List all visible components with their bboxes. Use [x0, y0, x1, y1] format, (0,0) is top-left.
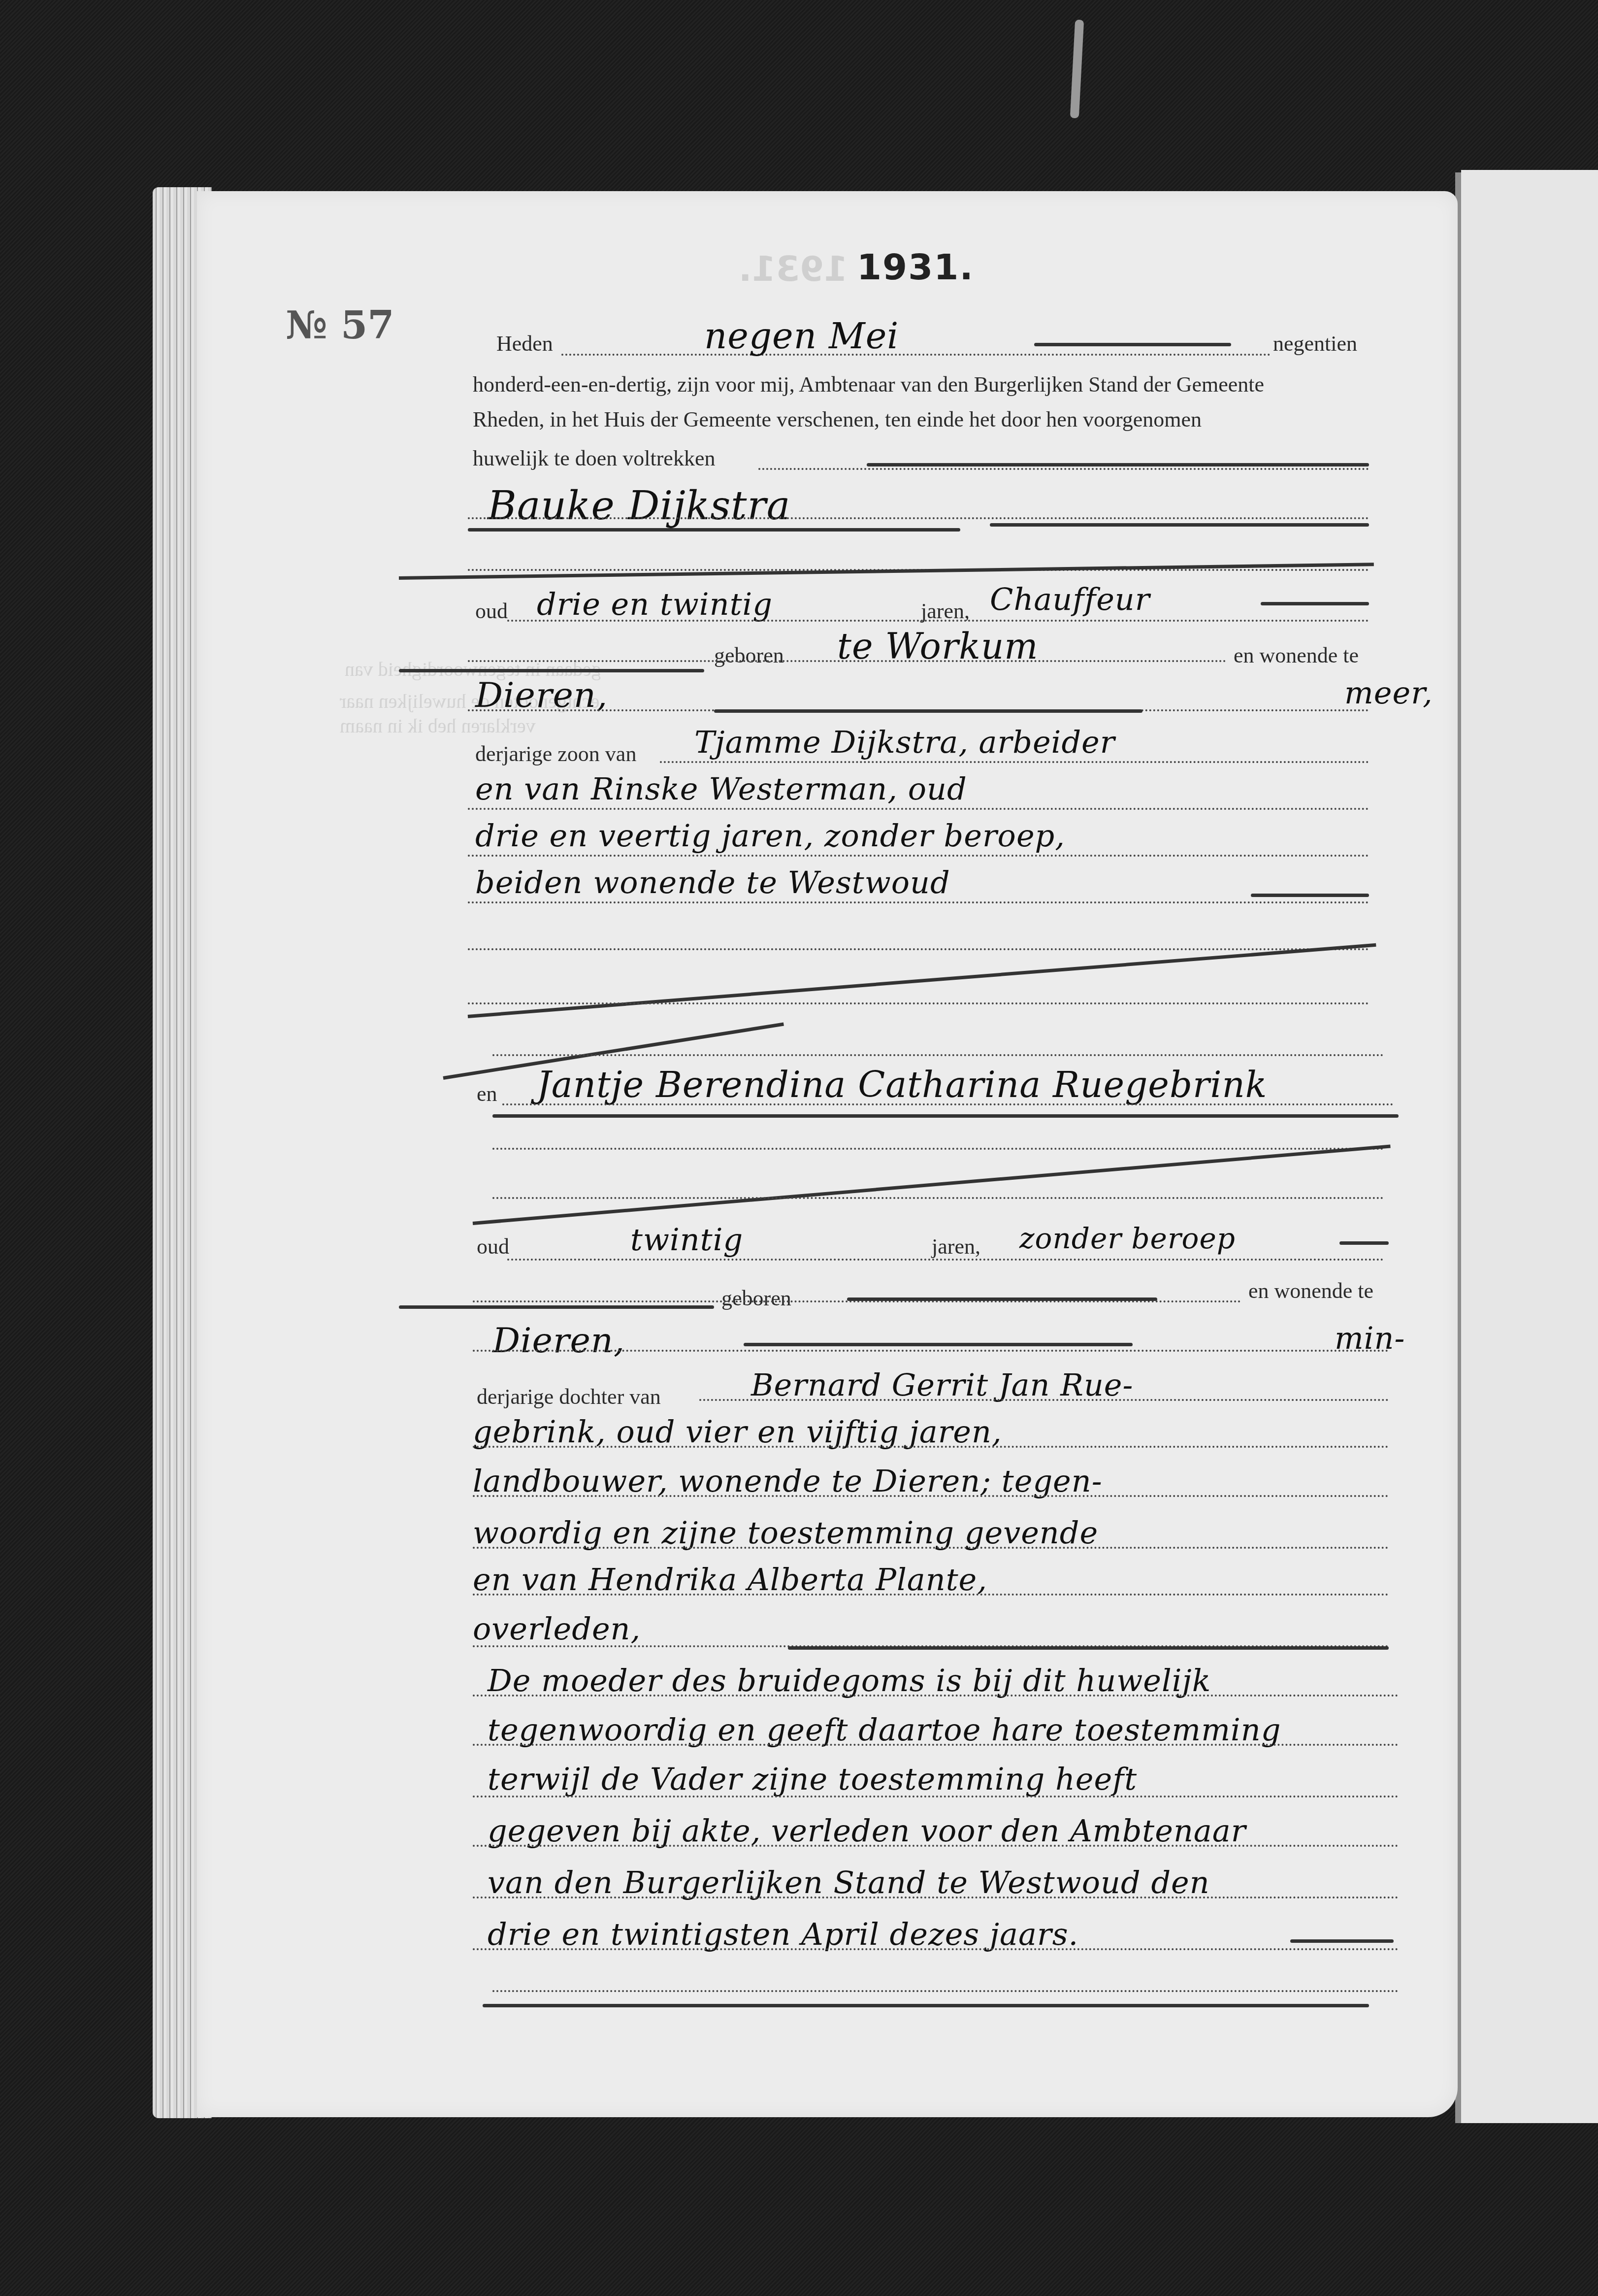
- fill-line: [758, 468, 1369, 470]
- fill-line: [492, 1990, 1399, 1992]
- strike-filler: [714, 709, 1142, 713]
- record-number: № 57: [286, 303, 394, 348]
- bride-en-label: en: [477, 1081, 497, 1106]
- groom-mother: en van Rinske Westerman, oud: [475, 771, 967, 807]
- annotation-line: De moeder des bruidegoms is bij dit huwe…: [488, 1663, 1211, 1698]
- groom-occupation: Chauffeur: [990, 581, 1150, 617]
- groom-age: drie en twintig: [537, 586, 773, 622]
- fill-line: [468, 808, 1369, 810]
- strike-filler: [1251, 894, 1369, 897]
- marriage-date: negen Mei: [704, 315, 899, 357]
- heden-label: Heden: [496, 331, 553, 356]
- fill-line: [507, 620, 1369, 622]
- closing-rule: [483, 2004, 1369, 2007]
- fill-line: [473, 1594, 1389, 1596]
- page-year: 1931.: [857, 246, 974, 288]
- fill-line: [492, 1054, 1384, 1056]
- groom-geboren-label: geboren: [714, 643, 784, 668]
- fill-line: [468, 1002, 1369, 1004]
- annotation-line: drie en twintigsten April dezes jaars.: [488, 1916, 1078, 1952]
- fill-line: [473, 1897, 1399, 1898]
- fill-line: [492, 1197, 1384, 1199]
- groom-parents-residence: beiden wonende te Westwoud: [475, 865, 950, 900]
- bride-age: twintig: [630, 1222, 743, 1258]
- bride-father-line-3: landbouwer, wonende te Dieren; tegen-: [473, 1463, 1103, 1499]
- strike-filler: [399, 1305, 714, 1309]
- fill-line: [507, 1259, 1384, 1261]
- bride-father-line-4: woordig en zijne toestemming gevende: [473, 1515, 1098, 1551]
- bride-geboren-label: geboren: [721, 1286, 791, 1311]
- strike-filler: [744, 1343, 1133, 1346]
- groom-father: Tjamme Dijkstra, arbeider: [694, 724, 1115, 760]
- strike-filler: [1339, 1241, 1389, 1245]
- strike-filler: [399, 669, 704, 672]
- bride-father-line-2: gebrink, oud vier en vijftig jaren,: [473, 1414, 1002, 1450]
- preamble-line-3: Rheden, in het Huis der Gemeente versche…: [473, 407, 1202, 432]
- facing-page: [1461, 170, 1598, 2123]
- fill-line: [473, 1350, 1389, 1352]
- bride-wonende-label: en wonende te: [1248, 1278, 1373, 1303]
- bride-mother-status: overleden,: [473, 1611, 641, 1647]
- fill-line: [473, 1845, 1399, 1847]
- bleed-through-text: verklaren heb ik in naam: [340, 714, 536, 737]
- bride-mother: en van Hendrika Alberta Plante,: [473, 1562, 987, 1597]
- groom-parent-label: derjarige zoon van: [475, 741, 636, 766]
- fill-line: [473, 1744, 1399, 1746]
- annotation-line: terwijl de Vader zijne toestemming heeft: [488, 1761, 1137, 1797]
- bride-name: Jantje Berendina Catharina Ruegebrink: [537, 1064, 1267, 1105]
- groom-majority: meer,: [1344, 675, 1433, 711]
- fill-line: [468, 517, 1369, 519]
- annotation-line: van den Burgerlijken Stand te Westwoud d…: [488, 1864, 1210, 1900]
- fill-line: [492, 1148, 1384, 1150]
- strike-filler: [1261, 602, 1369, 605]
- fill-line: [468, 660, 1226, 662]
- fill-line: [468, 855, 1369, 857]
- groom-oud-label: oud: [475, 599, 508, 624]
- scanner-artifact: [1070, 20, 1084, 119]
- bride-oud-label: oud: [477, 1234, 509, 1259]
- fill-line: [473, 1948, 1399, 1950]
- bride-parent-label: derjarige dochter van: [477, 1384, 661, 1409]
- strike-filler: [990, 523, 1369, 527]
- fill-line: [473, 1547, 1389, 1549]
- fill-line: [561, 354, 1271, 356]
- fill-line: [473, 1446, 1389, 1448]
- bride-jaren-label: jaren,: [932, 1234, 980, 1259]
- fill-line: [473, 1695, 1399, 1697]
- groom-mother-age: drie en veertig jaren, zonder beroep,: [475, 818, 1065, 854]
- strike-filler: [1034, 343, 1231, 346]
- strike-filler: [492, 1114, 1399, 1118]
- fill-line: [502, 1103, 1394, 1105]
- bleed-through-year: 1931.: [739, 249, 848, 289]
- strike-filler: [847, 1298, 1157, 1301]
- annotation-line: gegeven bij akte, verleden voor den Ambt…: [488, 1813, 1246, 1849]
- preamble-line-4: huwelijk te doen voltrekken: [473, 446, 715, 471]
- preamble-line-2: honderd-een-en-dertig, zijn voor mij, Am…: [473, 372, 1264, 397]
- bride-occupation: zonder beroep: [1019, 1222, 1236, 1255]
- strike-filler: [1290, 1939, 1394, 1943]
- fill-line: [468, 948, 1369, 950]
- strike-filler: [788, 1646, 1389, 1650]
- bride-residence: Dieren,: [492, 1320, 625, 1361]
- negentien-label: negentien: [1273, 331, 1357, 356]
- strike-filler: [867, 463, 1369, 466]
- fill-line: [473, 1796, 1399, 1797]
- annotation-line: tegenwoordig en geeft daartoe hare toest…: [488, 1712, 1281, 1748]
- groom-name: Bauke Dijkstra: [488, 483, 790, 529]
- strike-filler: [468, 528, 960, 532]
- fill-line: [660, 761, 1369, 763]
- groom-wonende-label: en wonende te: [1234, 643, 1359, 668]
- fill-line: [699, 1399, 1389, 1401]
- fill-line: [468, 901, 1369, 903]
- fill-line: [473, 1495, 1389, 1497]
- bride-father-line-1: Bernard Gerrit Jan Rue-: [751, 1367, 1133, 1403]
